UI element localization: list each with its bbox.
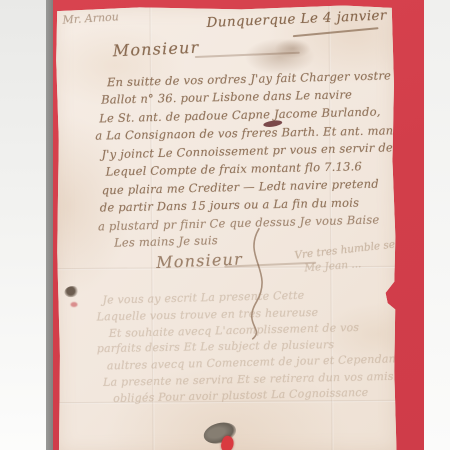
body-line: de partir Dans 15 jours ou a La fin du m… xyxy=(100,195,360,214)
addressee-note: Mr. Arnou xyxy=(62,10,119,26)
salutation: Monsieur xyxy=(112,38,199,61)
dateline-underline-stroke xyxy=(293,27,379,37)
body-line: Lequel Compte de fraix montant flo 7.13.… xyxy=(105,159,362,178)
scan-margin-right xyxy=(424,0,450,450)
body-line: Les mains Je suis xyxy=(114,233,218,250)
letter-paper: Mr. Arnou Dunquerque Le 4 janvier 1691 M… xyxy=(54,4,397,450)
faded-line: Laquelle vous trouve en tres heureuse xyxy=(96,306,318,324)
body-line: Ballot n° 36. pour Lisbone dans Le navir… xyxy=(101,87,352,106)
scan-margin-left xyxy=(0,0,46,450)
body-line: que plaira me Crediter — Ledt navire pre… xyxy=(102,177,379,198)
red-wax-speck xyxy=(71,302,78,307)
second-salutation: Monsieur xyxy=(156,249,243,272)
faded-line: parfaits desirs Et Le subject de plusieu… xyxy=(97,338,335,355)
salutation-flourish-stroke xyxy=(195,52,300,58)
body-line: J'y joinct Le Connoissement pr vous en s… xyxy=(101,140,393,161)
body-line: a La Consignaon de vos freres Barth. Et … xyxy=(95,123,420,143)
ink-blot xyxy=(64,286,78,297)
body-line: Le St. ant. de padoue Capne Jacome Burla… xyxy=(99,104,381,125)
scanner-edge-shadow xyxy=(46,0,53,450)
photo-of-1691-letter: Mr. Arnou Dunquerque Le 4 janvier 1691 M… xyxy=(0,0,450,450)
signature: Me Jean ... xyxy=(304,258,362,274)
